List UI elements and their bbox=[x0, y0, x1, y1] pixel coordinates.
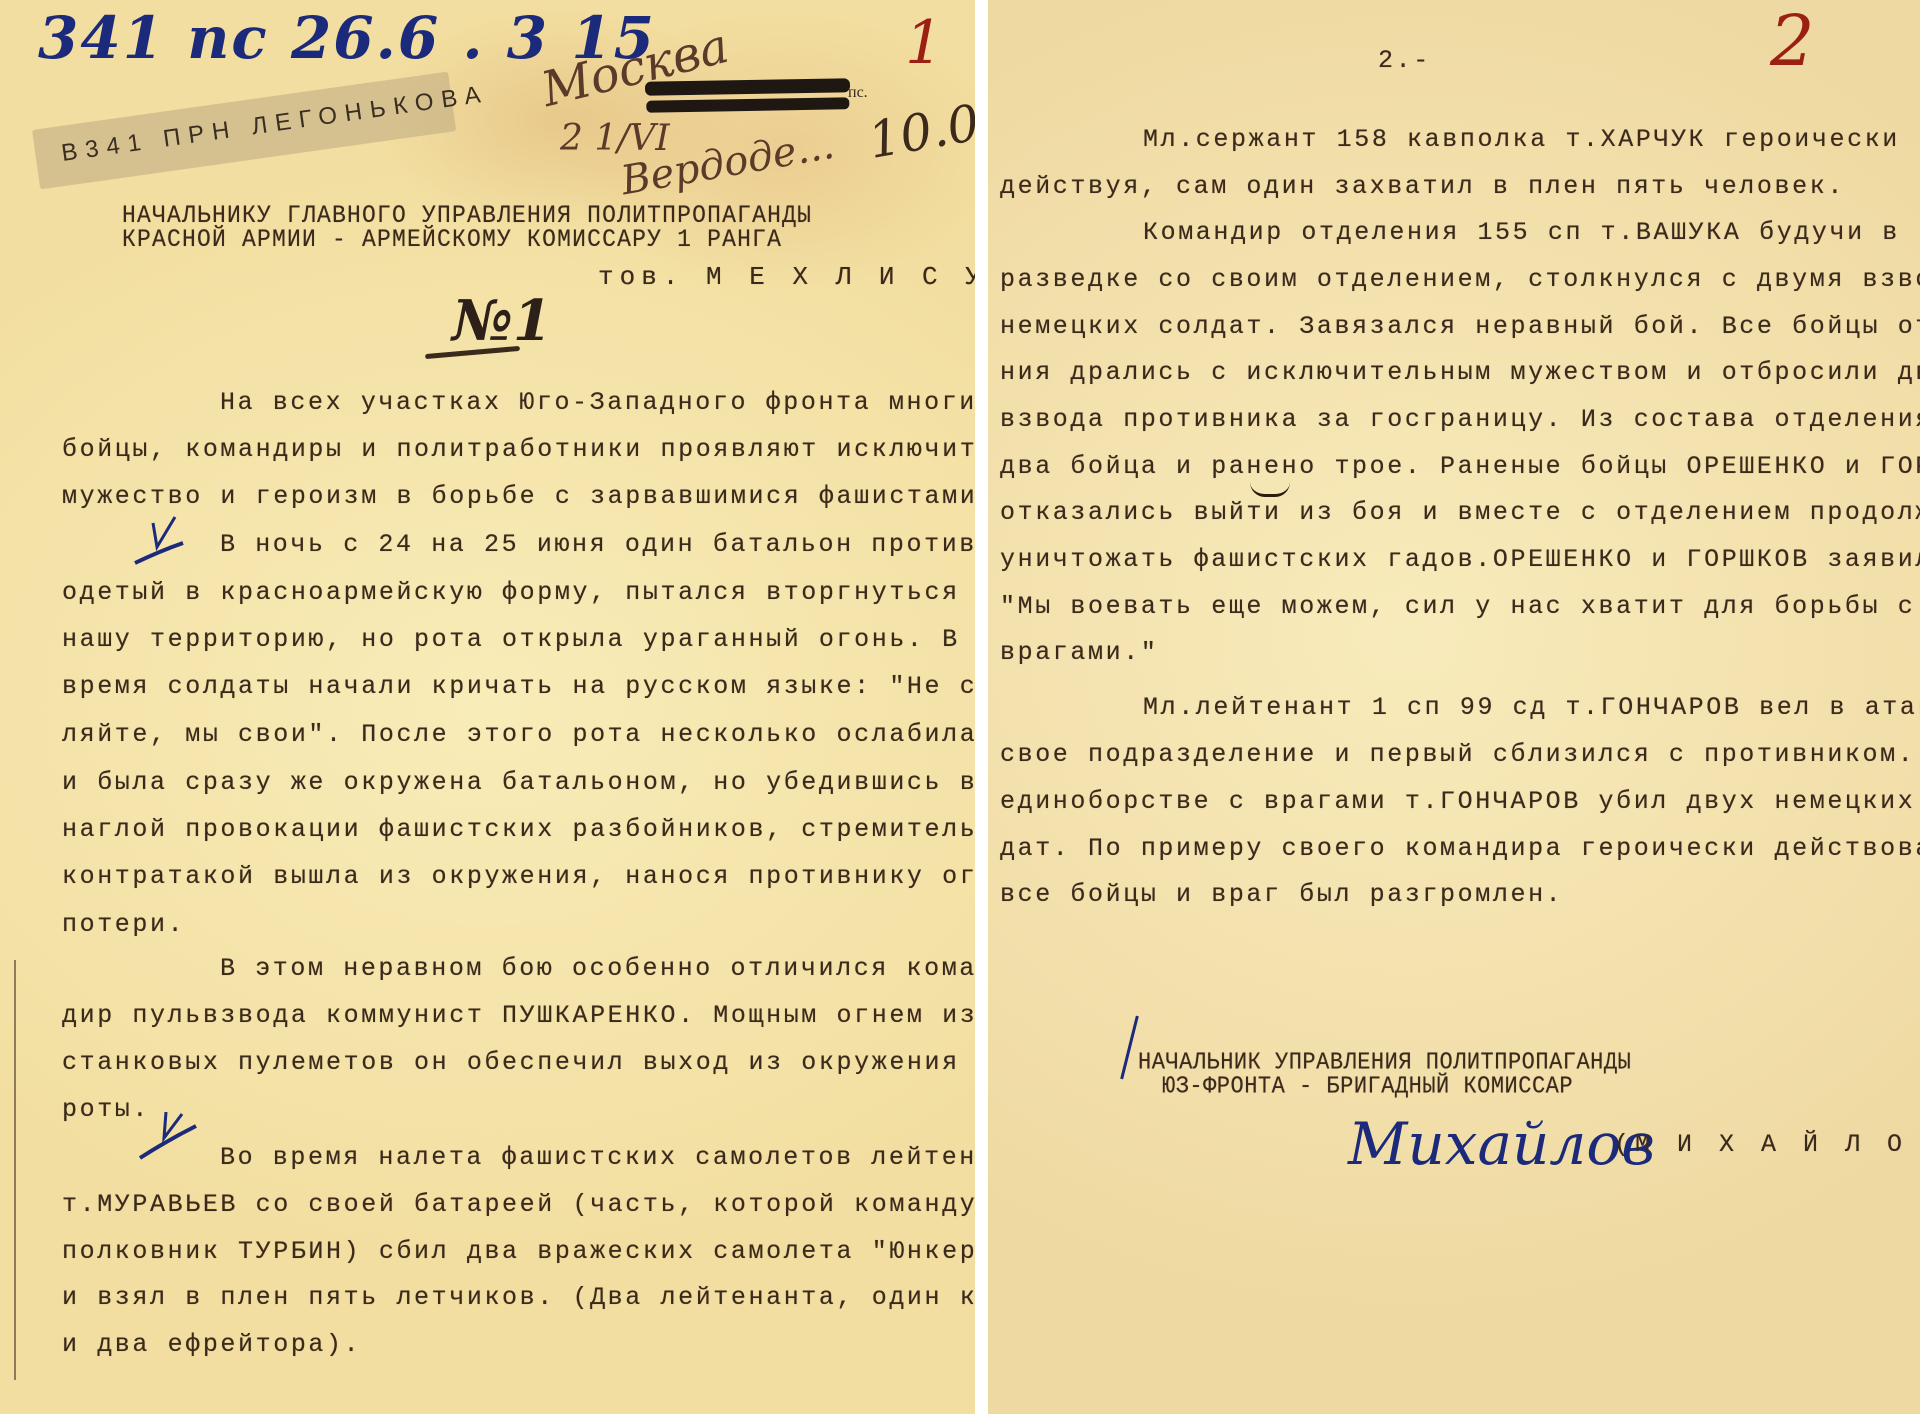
body-line: дир пульвзвода коммунист ПУШКАРЕНКО. Мощ… bbox=[62, 1001, 975, 1031]
body-line: дат. По примеру своего командира героиче… bbox=[1000, 834, 1920, 864]
body-line: единоборстве с врагами т.ГОНЧАРОВ убил д… bbox=[1000, 787, 1920, 817]
body-line: Мл.лейтенант 1 сп 99 сд т.ГОНЧАРОВ вел в… bbox=[1143, 693, 1920, 723]
body-line: Мл.сержант 158 кавполка т.ХАРЧУК героиче… bbox=[1143, 125, 1900, 155]
label-strip: В341 ПРН ЛЕГОНЬКОВА bbox=[32, 72, 456, 190]
redacted-text-tail: пс. bbox=[848, 84, 868, 102]
body-line: станковых пулеметов он обеспечил выход и… bbox=[62, 1048, 975, 1078]
body-line: взвода противника за госграницу. Из сост… bbox=[1000, 405, 1920, 435]
body-line: В этом неравном бою особенно отличился к… bbox=[220, 954, 975, 984]
body-line: ния дрались с исключительным мужеством и… bbox=[1000, 358, 1920, 388]
signature-title-line-2: ЮЗ-ФРОНТА - БРИГАДНЫЙ КОМИССАР bbox=[1162, 1074, 1573, 1100]
body-line: На всех участках Юго-Западного фронта мн… bbox=[220, 388, 975, 418]
handwritten-document-number: №1 bbox=[452, 288, 552, 354]
body-line: Командир отделения 155 сп т.ВАШУКА будуч… bbox=[1143, 218, 1900, 248]
body-line: и была сразу же окружена батальоном, но … bbox=[62, 768, 975, 798]
handwritten-time: 10.00 bbox=[864, 88, 975, 170]
addressee-line-3: тов. М Е Х Л И С У. bbox=[598, 262, 975, 292]
body-line: уничтожать фашистских гадов.ОРЕШЕНКО и Г… bbox=[1000, 545, 1920, 575]
body-line: и взял в плен пять летчиков. (Два лейтен… bbox=[62, 1283, 975, 1313]
signature-slash-mark bbox=[1120, 1016, 1139, 1080]
checkmark-icon bbox=[138, 1110, 198, 1160]
body-line: "Мы воевать еще можем, сил у нас хватит … bbox=[1000, 592, 1915, 622]
body-line: ляйте, мы свои". После этого рота нескол… bbox=[62, 720, 975, 750]
body-line: В ночь с 24 на 25 июня один батальон про… bbox=[220, 530, 975, 560]
checkmark-icon bbox=[135, 515, 195, 565]
body-line: разведке со своим отделением, столкнулся… bbox=[1000, 265, 1920, 295]
margin-line bbox=[14, 960, 16, 1380]
label-strip-text: В341 ПРН ЛЕГОНЬКОВА bbox=[60, 80, 490, 168]
body-line: полковник ТУРБИН) сбил два вражеских сам… bbox=[62, 1237, 975, 1267]
body-line: Во время налета фашистских самолетов лей… bbox=[220, 1143, 975, 1173]
body-line: немецких солдат. Завязался неравный бой.… bbox=[1000, 312, 1920, 342]
signatory-name: (М И Х А Й Л О В) bbox=[1614, 1130, 1920, 1160]
body-line: и два ефрейтора). bbox=[62, 1330, 361, 1360]
body-line: одетый в красноармейскую форму, пытался … bbox=[62, 578, 975, 608]
handwritten-signature: Михайлов bbox=[1348, 1110, 1655, 1178]
body-line: потери. bbox=[62, 910, 185, 940]
body-line: действуя, сам один захватил в плен пять … bbox=[1000, 172, 1845, 202]
addressee-line-2: КРАСНОЙ АРМИИ - АРМЕЙСКОМУ КОМИССАРУ 1 Р… bbox=[122, 226, 782, 252]
body-line: отказались выйти из боя и вместе с отдел… bbox=[1000, 498, 1920, 528]
red-mark: 1 bbox=[905, 8, 943, 78]
document-page-1: 341 пс 26.6 . 3 15 В341 ПРН ЛЕГОНЬКОВА М… bbox=[0, 0, 975, 1414]
body-line: бойцы, командиры и политработники проявл… bbox=[62, 435, 975, 465]
body-line: врагами." bbox=[1000, 638, 1158, 668]
document-page-2: 2.- 2 Мл.сержант 158 кавполка т.ХАРЧУК г… bbox=[988, 0, 1920, 1414]
page-header-number: 2.- bbox=[1378, 46, 1431, 76]
body-line: контратакой вышла из окружения, нанося п… bbox=[62, 862, 975, 892]
body-line: все бойцы и враг был разгромлен. bbox=[1000, 880, 1563, 910]
body-line: два бойца и ранено трое. Раненые бойцы О… bbox=[1000, 452, 1920, 482]
body-line: т.МУРАВЬЕВ со своей батареей (часть, кот… bbox=[62, 1190, 975, 1220]
body-line: мужество и героизм в борьбе с зарвавшими… bbox=[62, 482, 975, 512]
red-page-number: 2 bbox=[1770, 0, 1815, 82]
handwritten-underline bbox=[1250, 482, 1290, 497]
body-line: наглой провокации фашистских разбойников… bbox=[62, 815, 975, 845]
body-line: время солдаты начали кричать на русском … bbox=[62, 672, 975, 702]
body-line: роты. bbox=[62, 1095, 150, 1125]
body-line: свое подразделение и первый сблизился с … bbox=[1000, 740, 1920, 770]
redaction-mark bbox=[645, 78, 850, 96]
body-line: нашу территорию, но рота открыла ураганн… bbox=[62, 625, 975, 655]
